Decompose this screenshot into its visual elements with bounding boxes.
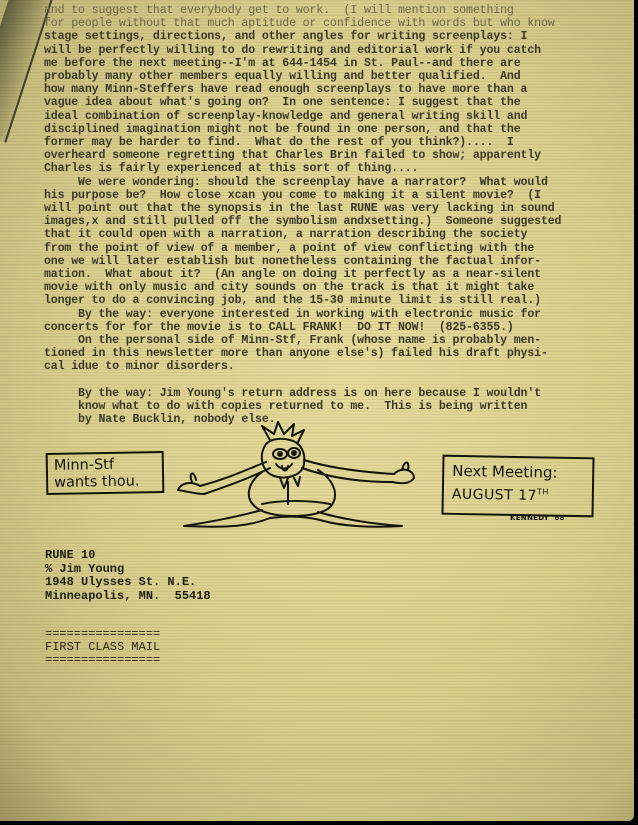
text-line: On the personal side of Minn-Stf, Frank … — [44, 334, 624, 347]
text-line: tioned in this newsletter more than anyo… — [44, 347, 624, 360]
next-meeting-label: Next Meeting: — [452, 462, 558, 482]
text-line: former may be harder to find. What do th… — [44, 136, 624, 149]
text-line: longer to do a convincing job, and the 1… — [44, 294, 624, 307]
address-line: Minneapolis, MN. 55418 — [45, 590, 211, 604]
text-line: mation. What about it? (An angle on doin… — [44, 268, 624, 281]
music-paragraph: By the way: everyone interested in worki… — [44, 308, 624, 334]
text-line: By the way: Jim Young's return address i… — [44, 387, 624, 400]
minn-stf-sign: Minn-Stf wants thou. — [46, 451, 165, 495]
text-line: images,x and still pulled off the symbol… — [44, 215, 624, 228]
monster-drawing — [170, 420, 440, 530]
text-line: movie with only music and city sounds on… — [44, 281, 624, 294]
text-line: how many Minn-Steffers have read enough … — [44, 83, 624, 96]
text-line: Charles is fairly experienced at this so… — [44, 162, 624, 175]
text-line: disciplined imagination might not be fou… — [44, 123, 624, 136]
text-line: stage settings, directions, and other an… — [44, 30, 624, 43]
sign-line: wants thou. — [54, 473, 156, 492]
text-line: know what to do with copies returned to … — [44, 400, 624, 413]
text-line: that it could open with a narration, a n… — [44, 228, 624, 241]
address-line: % Jim Young — [45, 563, 211, 577]
personal-paragraph: On the personal side of Minn-Stf, Frank … — [44, 334, 624, 374]
text-line: ideal combination of screenplay-knowledg… — [44, 110, 624, 123]
text-line: from the point of view of a member, a po… — [44, 242, 624, 255]
meeting-date: AUGUST 17 — [452, 487, 537, 504]
address-line: 1948 Ulysses St. N.E. — [45, 576, 211, 590]
text-line: overheard someone regretting that Charle… — [44, 149, 624, 162]
address-line: RUNE 10 — [45, 549, 211, 563]
typewritten-body: and to suggest that everybody get to wor… — [44, 4, 624, 426]
text-line: will be perfectly willing to do rewritin… — [44, 44, 624, 57]
newsletter-page: and to suggest that everybody get to wor… — [0, 0, 634, 821]
text-line: By the way: everyone interested in worki… — [44, 308, 624, 321]
date-suffix: TH — [537, 487, 549, 496]
text-line: concerts for for the movie is to CALL FR… — [44, 321, 624, 334]
text-line: We were wondering: should the screenplay… — [44, 176, 624, 189]
text-line: cal idue to minor disorders. — [44, 360, 624, 373]
text-line: me before the next meeting--I'm at 644-1… — [44, 57, 624, 70]
text-line: for people without that much aptitude or… — [44, 17, 624, 30]
first-class-mail-label: ================ FIRST CLASS MAIL ======… — [45, 628, 160, 667]
screenplay-paragraph: and to suggest that everybody get to wor… — [44, 4, 624, 176]
text-line: his purpose be? How close xcan you come … — [44, 189, 624, 202]
text-line: and to suggest that everybody get to wor… — [44, 4, 624, 17]
next-meeting-sign: Next Meeting: AUGUST 17TH — [441, 455, 594, 518]
text-line: will point out that the synopsis in the … — [44, 202, 624, 215]
narrator-paragraph: We were wondering: should the screenplay… — [44, 176, 624, 308]
text-line: vague idea about what's going on? In one… — [44, 96, 624, 109]
mailing-address: RUNE 10 % Jim Young 1948 Ulysses St. N.E… — [45, 549, 211, 603]
text-line: one we will later establish but nonethel… — [44, 255, 624, 268]
artist-signature: KENNEDY '68 — [510, 514, 565, 522]
rule-line: ================ — [45, 654, 160, 667]
sign-line: Minn-Stf — [54, 457, 114, 474]
text-line: probably many other members equally will… — [44, 70, 624, 83]
